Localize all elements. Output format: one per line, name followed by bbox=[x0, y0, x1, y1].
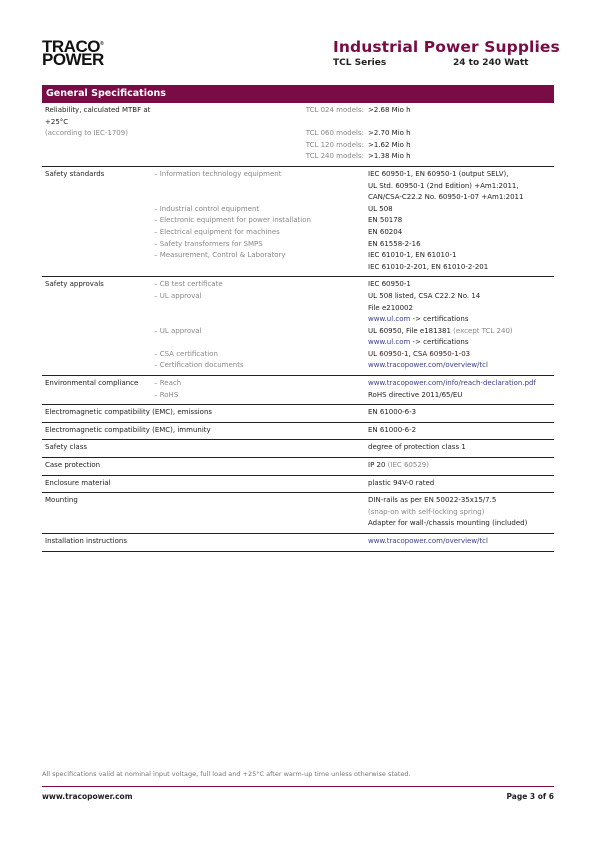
series-name: TCL Series bbox=[333, 58, 386, 68]
spec-label: Electromagnetic compatibility (EMC), imm… bbox=[42, 425, 368, 437]
section-header: General Specifications bbox=[42, 85, 554, 103]
spec-desc: – Electrical equipment for machines bbox=[154, 227, 368, 239]
spec-value: EN 61000-6-2 bbox=[368, 425, 554, 437]
spec-desc: – RoHS bbox=[154, 390, 368, 402]
spec-note: (except TCL 240) bbox=[451, 327, 513, 335]
spec-row-installation: Installation instructionswww.tracopower.… bbox=[42, 534, 554, 552]
reach-declaration-link[interactable]: www.tracopower.com/info/reach-declaratio… bbox=[368, 379, 536, 387]
spec-value: UL 508 bbox=[368, 204, 554, 216]
spec-row-safety-class: Safety classdegree of protection class 1 bbox=[42, 440, 554, 458]
spec-value: >1.38 Mio h bbox=[368, 151, 554, 163]
ul-link[interactable]: www.ul.com bbox=[368, 338, 410, 346]
spec-value: plastic 94V-0 rated bbox=[368, 478, 554, 490]
spec-row-safety-approvals: Safety approvals– CB test certificateIEC… bbox=[42, 277, 554, 376]
spec-row-emc-immunity: Electromagnetic compatibility (EMC), imm… bbox=[42, 423, 554, 441]
logo-line-2: POWER bbox=[42, 53, 104, 66]
spec-value: IEC 60950-1 bbox=[368, 279, 554, 291]
spec-desc: – Reach bbox=[154, 378, 368, 390]
traco-power-logo: TRACO® POWER bbox=[42, 40, 104, 66]
spec-row-mounting: MountingDIN-rails as per EN 50022-35x15/… bbox=[42, 493, 554, 534]
page-number: Page 3 of 6 bbox=[507, 792, 555, 801]
spec-row-case-protection: Case protectionIP 20 (IEC 60529) bbox=[42, 458, 554, 476]
spec-value: IP 20 bbox=[368, 461, 385, 469]
spec-value: UL Std. 60950-1 (2nd Edition) +Am1:2011, bbox=[368, 181, 554, 193]
spec-row-environmental: Environmental compliance– Reachwww.traco… bbox=[42, 376, 554, 405]
spec-value: EN 61000-6-3 bbox=[368, 407, 554, 419]
spec-value: IEC 61010-1, EN 61010-1 bbox=[368, 250, 554, 262]
spec-label: Mounting bbox=[42, 495, 368, 507]
spec-value: Adapter for wall-/chassis mounting (incl… bbox=[368, 518, 554, 530]
model-label: TCL 240 models: bbox=[154, 151, 368, 163]
ul-link[interactable]: www.ul.com bbox=[368, 315, 410, 323]
spec-note: (snap-on with self-locking spring) bbox=[368, 507, 554, 519]
spec-value: EN 60204 bbox=[368, 227, 554, 239]
spec-value: EN 50178 bbox=[368, 215, 554, 227]
wattage-range: 24 to 240 Watt bbox=[453, 58, 528, 68]
spec-label: Safety standards bbox=[42, 169, 154, 181]
document-title: Industrial Power Supplies bbox=[333, 38, 560, 56]
spec-value: RoHS directive 2011/65/EU bbox=[368, 390, 554, 402]
spec-row-reliability: Reliability, calculated MTBF at +25°C TC… bbox=[42, 103, 554, 167]
spec-desc: – UL approval bbox=[154, 326, 368, 338]
footer-website-link[interactable]: www.tracopower.com bbox=[42, 792, 133, 801]
spec-desc: – Certification documents bbox=[154, 360, 368, 372]
model-label: TCL 024 models: bbox=[154, 105, 368, 128]
spec-note: (IEC 60529) bbox=[385, 461, 429, 469]
spec-value: IEC 61010-2-201, EN 61010-2-201 bbox=[368, 262, 554, 274]
spec-label: Electromagnetic compatibility (EMC), emi… bbox=[42, 407, 368, 419]
spec-value: degree of protection class 1 bbox=[368, 442, 554, 454]
spec-value: DIN-rails as per EN 50022-35x15/7.5 bbox=[368, 495, 554, 507]
spec-value: CAN/CSA-C22.2 No. 60950-1-07 +Am1:2011 bbox=[368, 192, 554, 204]
spec-desc: – Electronic equipment for power install… bbox=[154, 215, 368, 227]
spec-value: >2.70 Mio h bbox=[368, 128, 554, 140]
model-label: TCL 120 models: bbox=[154, 140, 368, 152]
spec-label: Safety class bbox=[42, 442, 368, 454]
spec-label: Installation instructions bbox=[42, 536, 368, 548]
link-suffix: -> certifications bbox=[410, 315, 468, 323]
footer-divider bbox=[42, 786, 554, 787]
spec-desc: – UL approval bbox=[154, 291, 368, 303]
link-suffix: -> certifications bbox=[410, 338, 468, 346]
spec-desc: – CB test certificate bbox=[154, 279, 368, 291]
spec-desc: – Safety transformers for SMPS bbox=[154, 239, 368, 251]
spec-row-enclosure: Enclosure materialplastic 94V-0 rated bbox=[42, 476, 554, 494]
spec-row-emc-emissions: Electromagnetic compatibility (EMC), emi… bbox=[42, 405, 554, 423]
spec-value: IEC 60950-1, EN 60950-1 (output SELV), bbox=[368, 169, 554, 181]
spec-table: Reliability, calculated MTBF at +25°C TC… bbox=[42, 103, 554, 552]
spec-value: EN 61558-2-16 bbox=[368, 239, 554, 251]
spec-desc: – Industrial control equipment bbox=[154, 204, 368, 216]
spec-label: Enclosure material bbox=[42, 478, 368, 490]
spec-value: >1.62 Mio h bbox=[368, 140, 554, 152]
spec-row-safety-standards: Safety standards– Information technology… bbox=[42, 167, 554, 277]
spec-value: UL 60950-1, CSA 60950-1-03 bbox=[368, 349, 554, 361]
model-label: TCL 060 models: bbox=[154, 128, 368, 140]
footer-note: All specifications valid at nominal inpu… bbox=[42, 770, 411, 778]
registered-mark: ® bbox=[100, 41, 103, 47]
spec-label: Environmental compliance bbox=[42, 378, 154, 390]
spec-desc: – Measurement, Control & Laboratory bbox=[154, 250, 368, 262]
spec-label: Reliability, calculated MTBF at +25°C bbox=[42, 105, 154, 128]
spec-value: UL 508 listed, CSA C22.2 No. 14 bbox=[368, 291, 554, 303]
spec-desc: – Information technology equipment bbox=[154, 169, 368, 181]
spec-value: File e210002 bbox=[368, 303, 554, 315]
spec-label: Case protection bbox=[42, 460, 368, 472]
spec-sublabel: (according to IEC-1709) bbox=[42, 128, 154, 140]
spec-label: Safety approvals bbox=[42, 279, 154, 291]
installation-instructions-link[interactable]: www.tracopower.com/overview/tcl bbox=[368, 537, 488, 545]
certification-docs-link[interactable]: www.tracopower.com/overview/tcl bbox=[368, 361, 488, 369]
spec-desc: – CSA certification bbox=[154, 349, 368, 361]
spec-value: UL 60950, File e181381 bbox=[368, 327, 451, 335]
spec-value: >2.68 Mio h bbox=[368, 105, 554, 128]
